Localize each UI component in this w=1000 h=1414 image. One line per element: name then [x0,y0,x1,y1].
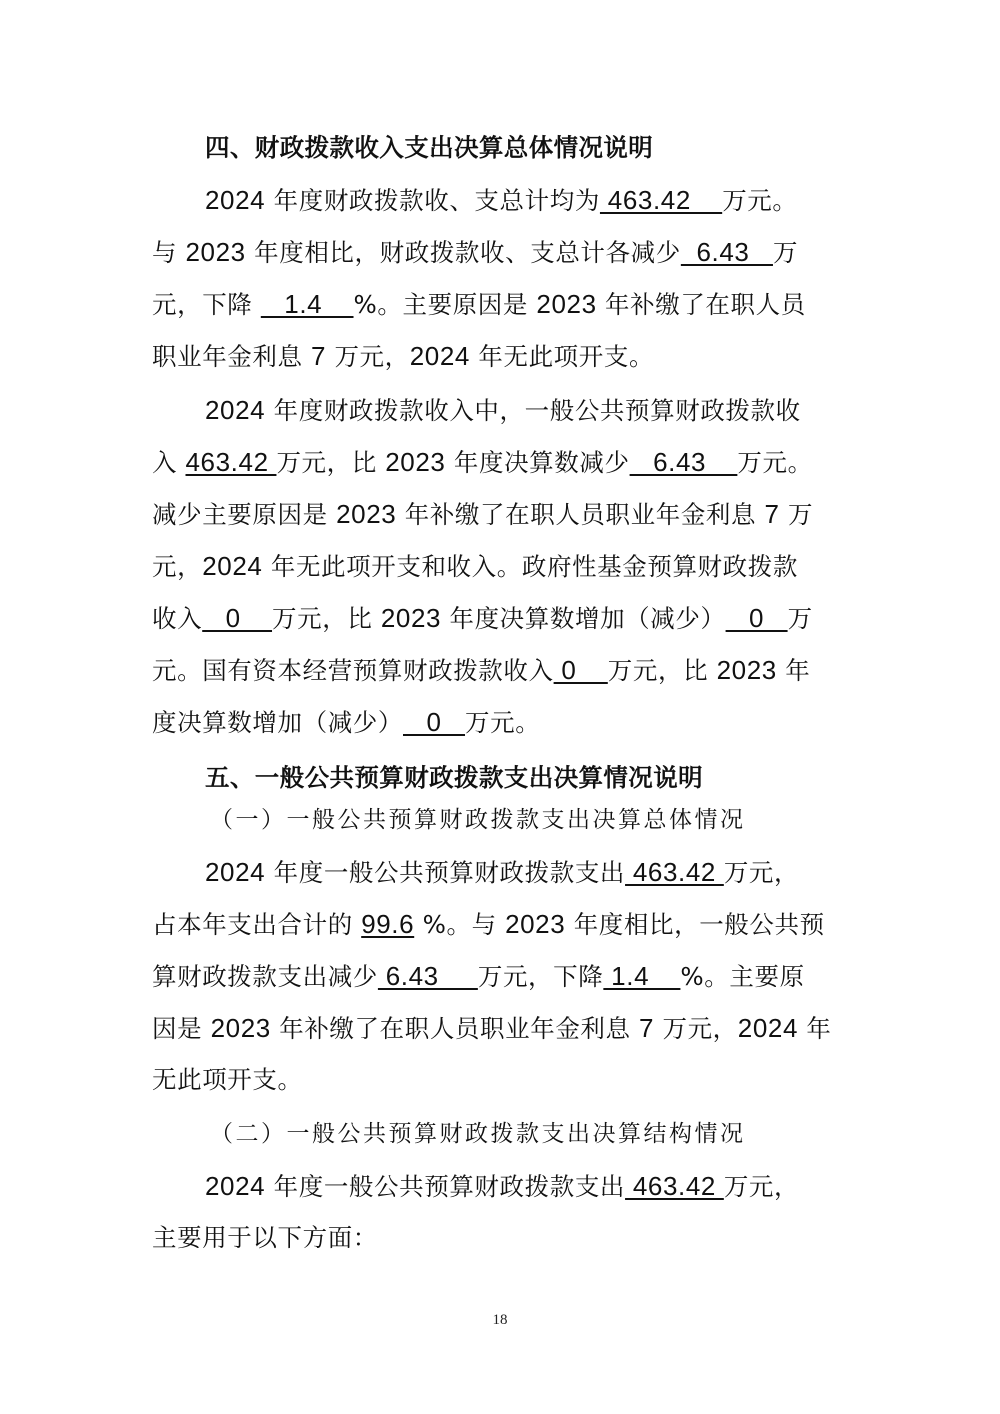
section-5-1-heading: （一）一般公共预算财政拨款支出决算总体情况 [210,804,910,836]
text: 万元，比 [608,656,717,685]
text: 年无此项开支和收入。政府性基金预算财政拨款 [262,552,798,581]
text: 7 [311,341,326,371]
paragraph-line: 算财政拨款支出减少 6.43 万元，下降 1.4 %。主要原 [152,960,852,993]
text: 7 [639,1013,654,1043]
text: %。与 [414,910,505,939]
paragraph-line: 度决算数增加（减少） 0 万元。 [152,706,852,739]
paragraph-line: 收入 0 万元，比 2023 年度决算数增加（减少） 0 万 [152,602,852,635]
section-5-heading: 五、一般公共预算财政拨款支出决算情况说明 [205,762,905,794]
text: %。主要原 [680,962,804,991]
text: 万元。 [737,448,812,477]
text: 主要用于以下方面： [152,1223,378,1252]
filled-value: 463.42 [625,1171,724,1201]
paragraph-line: 主要用于以下方面： [152,1222,852,1254]
text: 2023 [505,909,565,939]
paragraph-line: 元，下降 1.4 %。主要原因是 2023 年补缴了在职人员 [152,288,852,321]
text: 减少主要原因是 [152,500,336,529]
text: 入 [152,448,186,477]
text: 2023 [536,289,596,319]
paragraph-line: 入 463.42 万元，比 2023 年度决算数减少 6.43 万元。 [152,446,852,479]
paragraph-line: 2024 年度财政拨款收入中，一般公共预算财政拨款收 [205,394,905,427]
filled-value: 0 [554,655,608,685]
text: 度决算数增加（减少） [152,708,403,737]
filled-value: 463.42 [600,185,722,215]
filled-value: 463.42 [186,447,277,477]
paragraph-line: 2024 年度一般公共预算财政拨款支出 463.42 万元， [205,856,905,889]
text: 万元， [724,858,799,887]
paragraph-line: 减少主要原因是 2023 年补缴了在职人员职业年金利息 7 万 [152,498,852,531]
text: 年度一般公共预算财政拨款支出 [265,858,625,887]
text: 万元。 [722,186,797,215]
text: 与 [152,238,186,267]
filled-value: 0 [202,603,272,633]
filled-value: 463.42 [625,857,724,887]
text: 年度财政拨款收、支总计均为 [265,186,600,215]
paragraph-line: 因是 2023 年补缴了在职人员职业年金利息 7 万元，2024 年 [152,1012,852,1045]
filled-value: 1.4 [603,961,680,991]
text: 年度相比，一般公共预 [565,910,824,939]
text: 年补缴了在职人员职业年金利息 [271,1014,639,1043]
text: 万 [773,238,798,267]
paragraph-line: 元，2024 年无此项开支和收入。政府性基金预算财政拨款 [152,550,852,583]
paragraph-line: 与 2023 年度相比，财政拨款收、支总计各减少 6.43 万 [152,236,852,269]
filled-value: 99.6 [361,909,414,939]
text: 占本年支出合计的 [152,910,361,939]
text: 年度决算数减少 [446,448,630,477]
text: 2024 [202,551,262,581]
text: 年 [777,656,811,685]
text: 2024 [205,857,265,887]
text: 无此项开支。 [152,1065,303,1094]
text: 年度相比，财政拨款收、支总计各减少 [246,238,681,267]
text: 2024 [205,395,265,425]
section-4-heading: 四、财政拨款收入支出决算总体情况说明 [205,132,905,164]
text: 2024 [738,1013,798,1043]
text: 万元，下降 [478,962,604,991]
document-page: 四、财政拨款收入支出决算总体情况说明 2024 年度财政拨款收、支总计均为 46… [0,0,1000,1414]
text: 2024 [205,1171,265,1201]
paragraph-line: 2024 年度一般公共预算财政拨款支出 463.42 万元， [205,1170,905,1203]
filled-value: 0 [726,603,788,633]
text: 2023 [717,655,777,685]
text: 万元。 [465,708,540,737]
text: 2023 [186,237,246,267]
paragraph-line: 无此项开支。 [152,1064,852,1096]
text: 因是 [152,1014,211,1043]
text: %。主要原因是 [354,290,537,319]
paragraph-line: 占本年支出合计的 99.6 %。与 2023 年度相比，一般公共预 [152,908,852,941]
section-5-2-heading: （二）一般公共预算财政拨款支出决算结构情况 [210,1118,910,1150]
text: 收入 [152,604,202,633]
text: 年度一般公共预算财政拨款支出 [265,1172,625,1201]
text: 元，下降 [152,290,261,319]
text: 2023 [381,603,441,633]
paragraph-line: 元。国有资本经营预算财政拨款收入 0 万元，比 2023 年 [152,654,852,687]
text: 万元，比 [272,604,381,633]
filled-value: 6.43 [378,961,478,991]
text: 万元， [326,342,410,371]
text: 年度决算数增加（减少） [441,604,726,633]
paragraph-line: 职业年金利息 7 万元，2024 年无此项开支。 [152,340,852,373]
filled-value: 6.43 [630,447,738,477]
text: 2023 [211,1013,271,1043]
paragraph-line: 2024 年度财政拨款收、支总计均为 463.42 万元。 [205,184,905,217]
text: 万元， [724,1172,799,1201]
text: 7 [765,499,780,529]
text: 元， [152,552,202,581]
text: 年无此项开支。 [470,342,654,371]
text: 万 [788,604,813,633]
filled-value: 0 [403,707,465,737]
text: 年度财政拨款收入中，一般公共预算财政拨款收 [265,396,801,425]
page-number: 18 [480,1312,520,1329]
text: 2024 [205,185,265,215]
text: 2024 [410,341,470,371]
text: 年补缴了在职人员 [597,290,806,319]
text: 算财政拨款支出减少 [152,962,378,991]
text: 元。国有资本经营预算财政拨款收入 [152,656,554,685]
text: 万元， [654,1014,738,1043]
filled-value: 1.4 [261,289,354,319]
text: 年 [798,1014,832,1043]
text: 职业年金利息 [152,342,311,371]
text: 万元，比 [276,448,385,477]
text: 年补缴了在职人员职业年金利息 [396,500,764,529]
text: 2023 [385,447,445,477]
text: 2023 [336,499,396,529]
filled-value: 6.43 [681,237,773,267]
text: 万 [780,500,814,529]
